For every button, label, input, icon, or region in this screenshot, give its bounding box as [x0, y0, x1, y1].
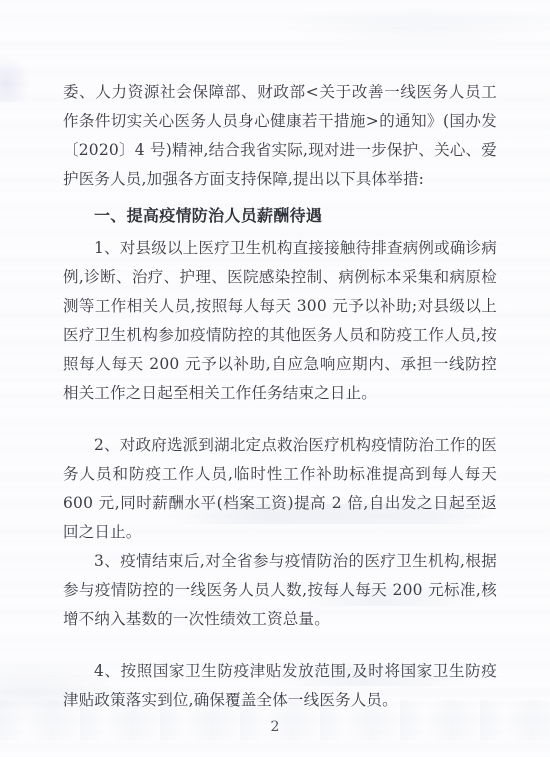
item-paragraph-4: 4、按照国家卫生防疫津贴发放范围,及时将国家卫生防疫津贴政策落实到位,确保覆盖全…	[63, 657, 497, 715]
section-heading: 一、提高疫情防治人员薪酬待遇	[63, 201, 497, 230]
intro-paragraph: 委、人力资源社会保障部、财政部<关于改善一线医务人员工作条件切实关心医务人员身心…	[63, 78, 497, 194]
item-paragraph-1: 1、对县级以上医疗卫生机构直接接触待排查病例或确诊病例,诊断、治疗、护理、医院感…	[63, 234, 497, 408]
document-body: 委、人力资源社会保障部、财政部<关于改善一线医务人员工作条件切实关心医务人员身心…	[63, 78, 497, 715]
page-number: 2	[0, 717, 550, 737]
scanned-document-page: 委、人力资源社会保障部、财政部<关于改善一线医务人员工作条件切实关心医务人员身心…	[0, 0, 550, 757]
item-paragraph-2: 2、对政府选派到湖北定点救治医疗机构疫情防治工作的医务人员和防疫工作人员,临时性…	[63, 431, 497, 547]
scan-smudge-artifact	[0, 56, 30, 102]
item-paragraph-3: 3、疫情结束后,对全省参与疫情防治的医疗卫生机构,根据参与疫情防控的一线医务人员…	[63, 547, 497, 634]
